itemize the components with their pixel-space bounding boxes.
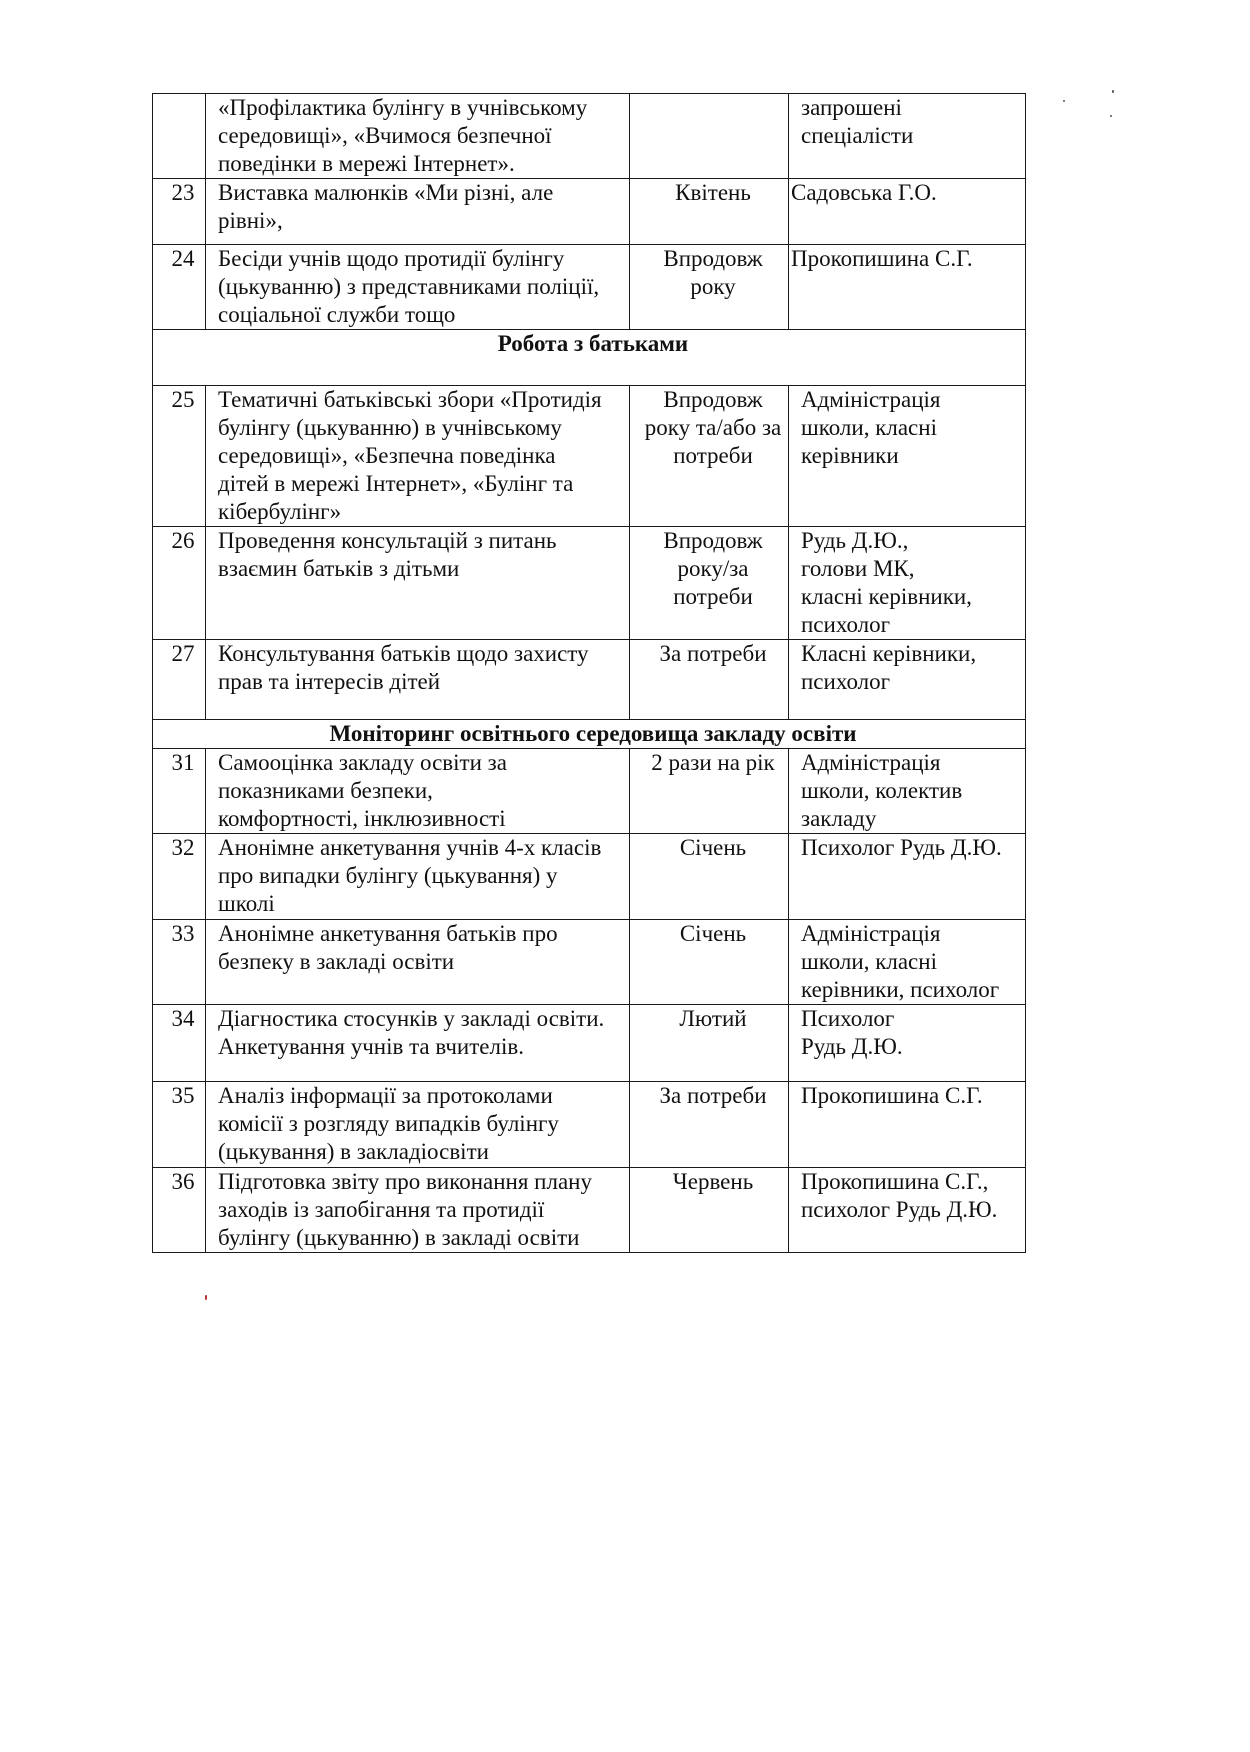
- activity-cell-line: Підготовка звіту про виконання плану: [218, 1168, 625, 1196]
- activity-cell: Аналіз інформації за протоколамикомісії …: [206, 1082, 630, 1168]
- term-cell-line: 2 рази на рік: [642, 749, 784, 777]
- table-row: 35Аналіз інформації за протоколамикомісі…: [153, 1082, 1026, 1168]
- term-cell: Січень: [630, 920, 789, 1005]
- row-number: 36: [153, 1168, 206, 1253]
- responsible-cell-line: керівники: [801, 442, 1021, 470]
- responsible-cell: Прокопишина С.Г.: [789, 245, 1026, 330]
- responsible-cell: Прокопишина С.Г.: [789, 1082, 1026, 1168]
- activity-cell: Анонімне анкетування батьків пробезпеку …: [206, 920, 630, 1005]
- term-cell-line: потреби: [642, 442, 784, 470]
- table-row: 25Тематичні батьківські збори «Протидіяб…: [153, 386, 1026, 527]
- responsible-cell: Адміністраціяшколи, класнікерівники, пси…: [789, 920, 1026, 1005]
- responsible-cell-line: психолог: [801, 668, 1021, 696]
- responsible-cell: Садовська Г.О.: [789, 179, 1026, 245]
- responsible-cell-line: Адміністрація: [801, 749, 1021, 777]
- activity-cell: Самооцінка закладу освіти запоказниками …: [206, 749, 630, 834]
- row-number: 26: [153, 527, 206, 640]
- responsible-cell-line: Психолог: [801, 1005, 1021, 1033]
- row-number: 34: [153, 1005, 206, 1082]
- action-plan-table: «Профілактика булінгу в учнівськомусеред…: [152, 93, 1026, 1253]
- responsible-cell-line: психолог Рудь Д.Ю.: [801, 1196, 1021, 1224]
- responsible-cell-line: Прокопишина С.Г.,: [801, 1168, 1021, 1196]
- responsible-cell: Психолог Рудь Д.Ю.: [789, 834, 1026, 920]
- term-cell-line: Лютий: [642, 1005, 784, 1033]
- table-row: 23Виставка малюнків «Ми різні, алерівні»…: [153, 179, 1026, 245]
- section-header-row: Робота з батьками: [153, 330, 1026, 386]
- responsible-cell-line: школи, класні: [801, 948, 1021, 976]
- responsible-cell-line: Адміністрація: [801, 920, 1021, 948]
- scan-speck: [1063, 100, 1065, 102]
- responsible-cell: запрошеніспеціалісти: [789, 94, 1026, 179]
- activity-cell-line: булінгу (цькуванню) в закладі освіти: [218, 1224, 625, 1252]
- activity-cell: Консультування батьків щодо захиступрав …: [206, 640, 630, 720]
- row-number: 25: [153, 386, 206, 527]
- term-cell: Впродовжроку: [630, 245, 789, 330]
- table-row: 33Анонімне анкетування батьків пробезпек…: [153, 920, 1026, 1005]
- responsible-cell-line: голови МК,: [801, 555, 1021, 583]
- term-cell-line: року та/або за: [642, 414, 784, 442]
- term-cell: За потреби: [630, 1082, 789, 1168]
- term-cell-line: Квітень: [642, 179, 784, 207]
- activity-cell-line: Проведення консультацій з питань: [218, 527, 625, 555]
- term-cell-line: За потреби: [642, 1082, 784, 1110]
- activity-cell-line: Самооцінка закладу освіти за: [218, 749, 625, 777]
- term-cell-line: Впродовж: [642, 527, 784, 555]
- activity-cell-line: (цькування) в закладіосвіти: [218, 1138, 625, 1166]
- activity-cell-line: середовищі», «Безпечна поведінка: [218, 442, 625, 470]
- responsible-cell-line: Психолог Рудь Д.Ю.: [801, 834, 1021, 862]
- activity-cell-line: дітей в мережі Інтернет», «Булінг та: [218, 470, 625, 498]
- term-cell-line: року: [642, 273, 784, 301]
- responsible-cell-line: керівники, психолог: [801, 976, 1021, 1004]
- activity-cell-line: соціальної служби тощо: [218, 301, 625, 329]
- responsible-cell: Рудь Д.Ю.,голови МК,класні керівники,пси…: [789, 527, 1026, 640]
- responsible-cell-line: Класні керівники,: [801, 640, 1021, 668]
- section-title: Моніторинг освітнього середовища закладу…: [153, 720, 1026, 749]
- responsible-cell: Класні керівники,психолог: [789, 640, 1026, 720]
- row-number: [153, 94, 206, 179]
- activity-cell-line: кібербулінг»: [218, 498, 625, 526]
- responsible-cell-line: Прокопишина С.Г.: [791, 245, 1021, 273]
- term-cell: За потреби: [630, 640, 789, 720]
- activity-cell-line: показниками безпеки,: [218, 777, 625, 805]
- activity-cell-line: «Профілактика булінгу в учнівському: [218, 94, 625, 122]
- activity-cell-line: Аналіз інформації за протоколами: [218, 1082, 625, 1110]
- row-number: 32: [153, 834, 206, 920]
- activity-cell-line: Анкетування учнів та вчителів.: [218, 1033, 625, 1061]
- term-cell: Лютий: [630, 1005, 789, 1082]
- activity-cell: Виставка малюнків «Ми різні, алерівні»,: [206, 179, 630, 245]
- term-cell-line: Червень: [642, 1168, 784, 1196]
- activity-cell: Підготовка звіту про виконання планузахо…: [206, 1168, 630, 1253]
- table-row: «Профілактика булінгу в учнівськомусеред…: [153, 94, 1026, 179]
- scanned-page: «Профілактика булінгу в учнівськомусеред…: [0, 0, 1250, 1752]
- activity-cell-line: рівні»,: [218, 207, 625, 235]
- activity-cell-line: Анонімне анкетування учнів 4-х класів: [218, 834, 625, 862]
- section-title: Робота з батьками: [153, 330, 1026, 386]
- term-cell: Січень: [630, 834, 789, 920]
- term-cell: Червень: [630, 1168, 789, 1253]
- responsible-cell-line: школи, колектив: [801, 777, 1021, 805]
- activity-cell-line: комфортності, інклюзивності: [218, 805, 625, 833]
- activity-cell-line: Діагностика стосунків у закладі освіти.: [218, 1005, 625, 1033]
- term-cell-line: Впродовж: [642, 386, 784, 414]
- term-cell: 2 рази на рік: [630, 749, 789, 834]
- responsible-cell: Адміністраціяшколи, колективзакладу: [789, 749, 1026, 834]
- responsible-cell-line: Садовська Г.О.: [791, 179, 1021, 207]
- activity-cell-line: комісії з розгляду випадків булінгу: [218, 1110, 625, 1138]
- responsible-cell-line: психолог: [801, 611, 1021, 639]
- row-number: 24: [153, 245, 206, 330]
- term-cell-line: року/за: [642, 555, 784, 583]
- term-cell: Впродовжроку/запотреби: [630, 527, 789, 640]
- responsible-cell-line: школи, класні: [801, 414, 1021, 442]
- responsible-cell: Прокопишина С.Г.,психолог Рудь Д.Ю.: [789, 1168, 1026, 1253]
- term-cell-line: Січень: [642, 920, 784, 948]
- table-row: 27Консультування батьків щодо захиступра…: [153, 640, 1026, 720]
- responsible-cell-line: Рудь Д.Ю.,: [801, 527, 1021, 555]
- activity-cell-line: Виставка малюнків «Ми різні, але: [218, 179, 625, 207]
- activity-cell-line: безпеку в закладі освіти: [218, 948, 625, 976]
- responsible-cell-line: спеціалісти: [801, 122, 1021, 150]
- responsible-cell: ПсихологРудь Д.Ю.: [789, 1005, 1026, 1082]
- term-cell: Впродовжроку та/або запотреби: [630, 386, 789, 527]
- activity-cell-line: школі: [218, 890, 625, 918]
- table-row: 31Самооцінка закладу освіти запоказникам…: [153, 749, 1026, 834]
- responsible-cell-line: запрошені: [801, 94, 1021, 122]
- row-number: 33: [153, 920, 206, 1005]
- table-row: 32Анонімне анкетування учнів 4-х класівп…: [153, 834, 1026, 920]
- responsible-cell-line: Рудь Д.Ю.: [801, 1033, 1021, 1061]
- activity-cell-line: про випадки булінгу (цькування) у: [218, 862, 625, 890]
- activity-cell-line: середовищі», «Вчимося безпечної: [218, 122, 625, 150]
- term-cell: [630, 94, 789, 179]
- responsible-cell-line: класні керівники,: [801, 583, 1021, 611]
- row-number: 31: [153, 749, 206, 834]
- row-number: 27: [153, 640, 206, 720]
- activity-cell-line: Бесіди учнів щодо протидії булінгу: [218, 245, 625, 273]
- term-cell: Квітень: [630, 179, 789, 245]
- activity-cell: Проведення консультацій з питаньвзаємин …: [206, 527, 630, 640]
- activity-cell-line: булінгу (цькуванню) в учнівському: [218, 414, 625, 442]
- activity-cell: «Профілактика булінгу в учнівськомусеред…: [206, 94, 630, 179]
- scan-speck: [205, 1295, 207, 1300]
- section-header-row: Моніторинг освітнього середовища закладу…: [153, 720, 1026, 749]
- activity-cell-line: взаємин батьків з дітьми: [218, 555, 625, 583]
- row-number: 35: [153, 1082, 206, 1168]
- responsible-cell-line: Прокопишина С.Г.: [801, 1082, 1021, 1110]
- table-row: 36Підготовка звіту про виконання плануза…: [153, 1168, 1026, 1253]
- term-cell-line: потреби: [642, 583, 784, 611]
- table-row: 26Проведення консультацій з питаньвзаєми…: [153, 527, 1026, 640]
- activity-cell-line: поведінки в мережі Інтернет».: [218, 150, 625, 178]
- scan-speck: [1112, 90, 1114, 93]
- activity-cell-line: Консультування батьків щодо захисту: [218, 640, 625, 668]
- activity-cell-line: заходів із запобігання та протидії: [218, 1196, 625, 1224]
- table-row: 24Бесіди учнів щодо протидії булінгу(цьк…: [153, 245, 1026, 330]
- activity-cell-line: Анонімне анкетування батьків про: [218, 920, 625, 948]
- responsible-cell: Адміністраціяшколи, класнікерівники: [789, 386, 1026, 527]
- activity-cell-line: прав та інтересів дітей: [218, 668, 625, 696]
- activity-cell-line: Тематичні батьківські збори «Протидія: [218, 386, 625, 414]
- activity-cell: Тематичні батьківські збори «Протидіябул…: [206, 386, 630, 527]
- row-number: 23: [153, 179, 206, 245]
- activity-cell: Діагностика стосунків у закладі освіти.А…: [206, 1005, 630, 1082]
- activity-cell: Анонімне анкетування учнів 4-х класівпро…: [206, 834, 630, 920]
- activity-cell-line: (цькуванню) з представниками поліції,: [218, 273, 625, 301]
- term-cell-line: Впродовж: [642, 245, 784, 273]
- responsible-cell-line: Адміністрація: [801, 386, 1021, 414]
- table-row: 34Діагностика стосунків у закладі освіти…: [153, 1005, 1026, 1082]
- activity-cell: Бесіди учнів щодо протидії булінгу(цькув…: [206, 245, 630, 330]
- responsible-cell-line: закладу: [801, 805, 1021, 833]
- term-cell-line: Січень: [642, 834, 784, 862]
- scan-speck: [1110, 115, 1112, 117]
- term-cell-line: За потреби: [642, 640, 784, 668]
